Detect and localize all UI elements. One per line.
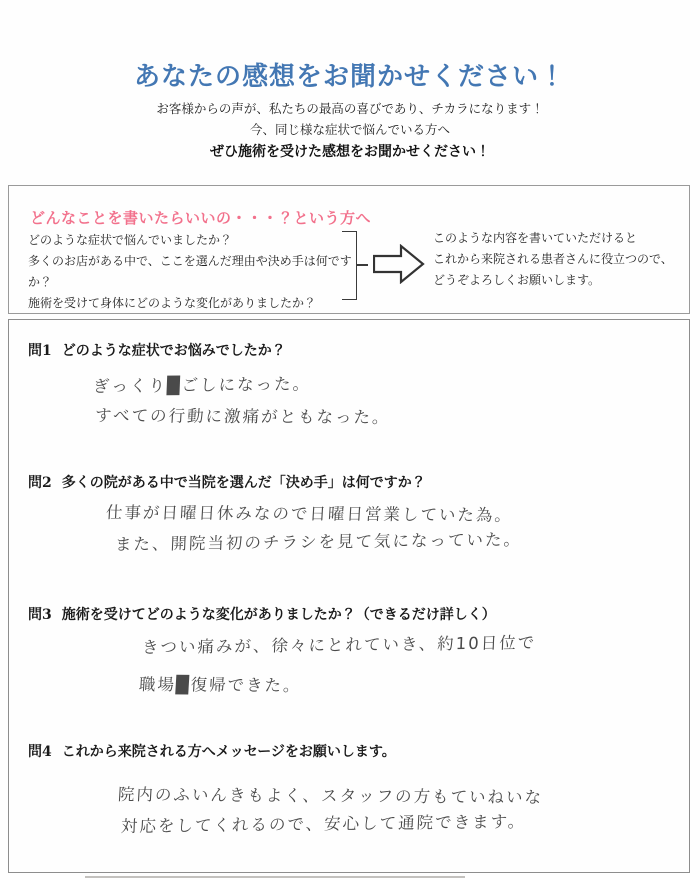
answer-4-line-2: 対応をしてくれるので、安心して通院できます。 xyxy=(121,808,527,837)
guide-note-line: このような内容を書いていただけると xyxy=(433,228,673,249)
grouping-bracket xyxy=(342,231,357,300)
question-3-label: 問3 xyxy=(28,607,52,623)
guide-question-list: どのような症状で悩んでいましたか？ 多くのお店がある中で、ここを選んだ理由や決め… xyxy=(28,230,358,314)
subtitle-line-2: 今、同じ様な症状で悩んでいる方へ xyxy=(0,120,700,138)
guide-note-line: どうぞよろしくお願いします。 xyxy=(433,270,673,291)
question-3-text: 施術を受けてどのような変化がありましたか？（できるだけ詳しく） xyxy=(62,607,496,623)
guide-question-line: どのような症状で悩んでいましたか？ xyxy=(28,230,358,251)
answer-1-line-1: ぎっくり█ごしになった。 xyxy=(93,370,312,397)
grouping-bracket-tick xyxy=(357,264,368,266)
question-4-text: これから来院される方へメッセージをお願いします。 xyxy=(62,744,396,760)
feedback-form-page: あなたの感想をお聞かせください！ お客様からの声が、私たちの最高の喜びであり、チ… xyxy=(0,0,700,880)
survey-answers-box: 問1どのような症状でお悩みでしたか？ ぎっくり█ごしになった。 すべての行動に激… xyxy=(8,319,690,873)
answer-2-line-1: 仕事が日曜日休みなので日曜日営業していた為。 xyxy=(105,499,513,526)
answer-1-line-2: すべての行動に激痛がともなった。 xyxy=(94,402,391,428)
guide-note-line: これから来院される患者さんに役立つので、 xyxy=(433,249,673,270)
subtitle-line-3: ぜひ施術を受けた感想をお聞かせください！ xyxy=(0,141,700,161)
page-title: あなたの感想をお聞かせください！ xyxy=(0,56,700,93)
scan-artifact-line xyxy=(85,876,465,878)
question-2-text: 多くの院がある中で当院を選んだ「決め手」は何ですか？ xyxy=(62,475,426,491)
question-1-text: どのような症状でお悩みでしたか？ xyxy=(62,343,286,359)
answer-3-line-1: きつい痛みが、徐々にとれていき、約10日位で xyxy=(142,629,537,658)
guide-question-line: 多くのお店がある中で、ここを選んだ理由や決め手は何ですか？ xyxy=(28,251,358,293)
guide-note: このような内容を書いていただけると これから来院される患者さんに役立つので、 ど… xyxy=(433,228,673,291)
question-4-row: 問4これから来院される方へメッセージをお願いします。 xyxy=(28,741,396,761)
answer-4-line-1: 院内のふいんきもよく、スタッフの方もていねいな xyxy=(117,781,544,808)
writing-guide-box: どんなことを書いたらいいの・・・？という方へ どのような症状で悩んでいましたか？… xyxy=(8,185,690,314)
question-2-row: 問2多くの院がある中で当院を選んだ「決め手」は何ですか？ xyxy=(28,472,426,492)
question-4-label: 問4 xyxy=(28,744,52,760)
answer-3-line-2: 職場█復帰できた。 xyxy=(138,671,302,696)
subtitle-line-1: お客様からの声が、私たちの最高の喜びであり、チカラになります！ xyxy=(0,99,700,117)
question-1-row: 問1どのような症状でお悩みでしたか？ xyxy=(28,340,286,360)
guide-question-line: 施術を受けて身体にどのような変化がありましたか？ xyxy=(28,293,358,314)
question-2-label: 問2 xyxy=(28,475,52,491)
answer-2-line-2: また、開院当初のチラシを見て気になっていた。 xyxy=(115,526,523,555)
question-3-row: 問3施術を受けてどのような変化がありましたか？（できるだけ詳しく） xyxy=(28,604,496,624)
right-arrow-icon xyxy=(373,244,425,288)
guide-heading: どんなことを書いたらいいの・・・？という方へ xyxy=(30,207,371,228)
question-1-label: 問1 xyxy=(28,343,52,359)
